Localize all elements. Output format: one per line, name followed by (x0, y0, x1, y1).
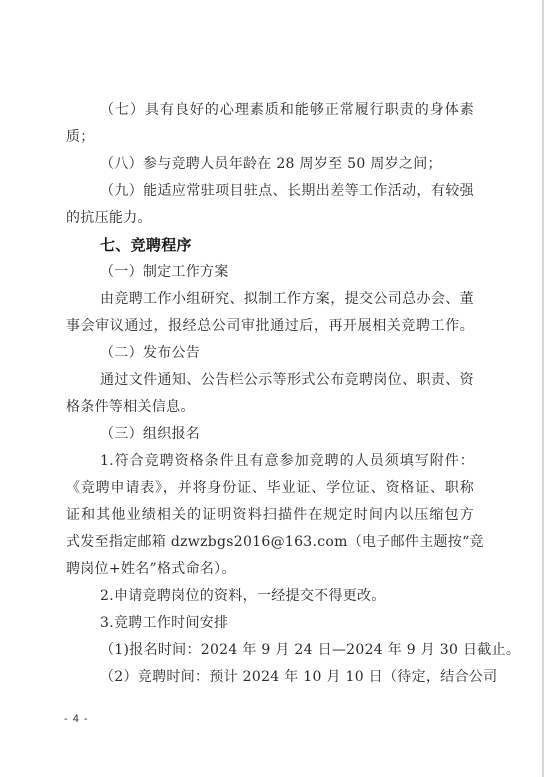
schedule-competition-time: （2）竞聘时间：预计 2024 年 10 月 10 日（待定，结合公司 (100, 664, 474, 691)
clause-7-line-2: 质； (66, 124, 474, 151)
announcement-paragraph-line-2: 格条件等相关信息。 (66, 394, 474, 421)
schedule-registration-time: （1)报名时间：2024 年 9 月 24 日—2024 年 9 月 30 日截… (100, 637, 474, 664)
subheading-announcement: （二）发布公告 (100, 340, 474, 367)
registration-item-3-heading: 3.竞聘工作时间安排 (100, 610, 474, 637)
subheading-registration: （三）组织报名 (100, 421, 474, 448)
clause-8: （八）参与竞聘人员年龄在 28 周岁至 50 周岁之间； (100, 151, 474, 178)
plan-paragraph-line-1: 由竞聘工作小组研究、拟制工作方案，提交公司总办会、董 (100, 286, 474, 313)
page-edge-divider (542, 0, 544, 777)
registration-item-1-line-2: 《竞聘申请表》，并将身份证、毕业证、学位证、资格证、职称 (66, 475, 474, 502)
registration-item-2: 2.申请竞聘岗位的资料，一经提交不得更改。 (100, 583, 474, 610)
registration-item-1-line-1: 1.符合竞聘资格条件且有意参加竞聘的人员须填写附件： (100, 448, 474, 475)
clause-9-line-2: 的抗压能力。 (66, 205, 474, 232)
clause-9-line-1: （九）能适应常驻项目驻点、长期出差等工作活动，有较强 (100, 178, 474, 205)
page-number: - 4 - (64, 713, 89, 725)
registration-item-1-line-3: 证和其他业绩相关的证明资料扫描件在规定时间内以压缩包方 (66, 502, 474, 529)
document-page: （七）具有良好的心理素质和能够正常履行职责的身体素 质； （八）参与竞聘人员年龄… (0, 0, 550, 777)
registration-item-1-line-5: 聘岗位+姓名”格式命名）。 (66, 556, 474, 583)
announcement-paragraph-line-1: 通过文件通知、公告栏公示等形式公布竞聘岗位、职责、资 (100, 367, 474, 394)
registration-item-1-line-4-email: 式发至指定邮箱 dzwzbgs2016@163.com（电子邮件主题按“竞 (66, 529, 474, 556)
plan-paragraph-line-2: 事会审议通过，报经总公司审批通过后，再开展相关竞聘工作。 (66, 313, 474, 340)
section-heading-procedure: 七、竞聘程序 (100, 232, 474, 259)
subheading-plan: （一）制定工作方案 (100, 259, 474, 286)
clause-7-line-1: （七）具有良好的心理素质和能够正常履行职责的身体素 (100, 97, 474, 124)
